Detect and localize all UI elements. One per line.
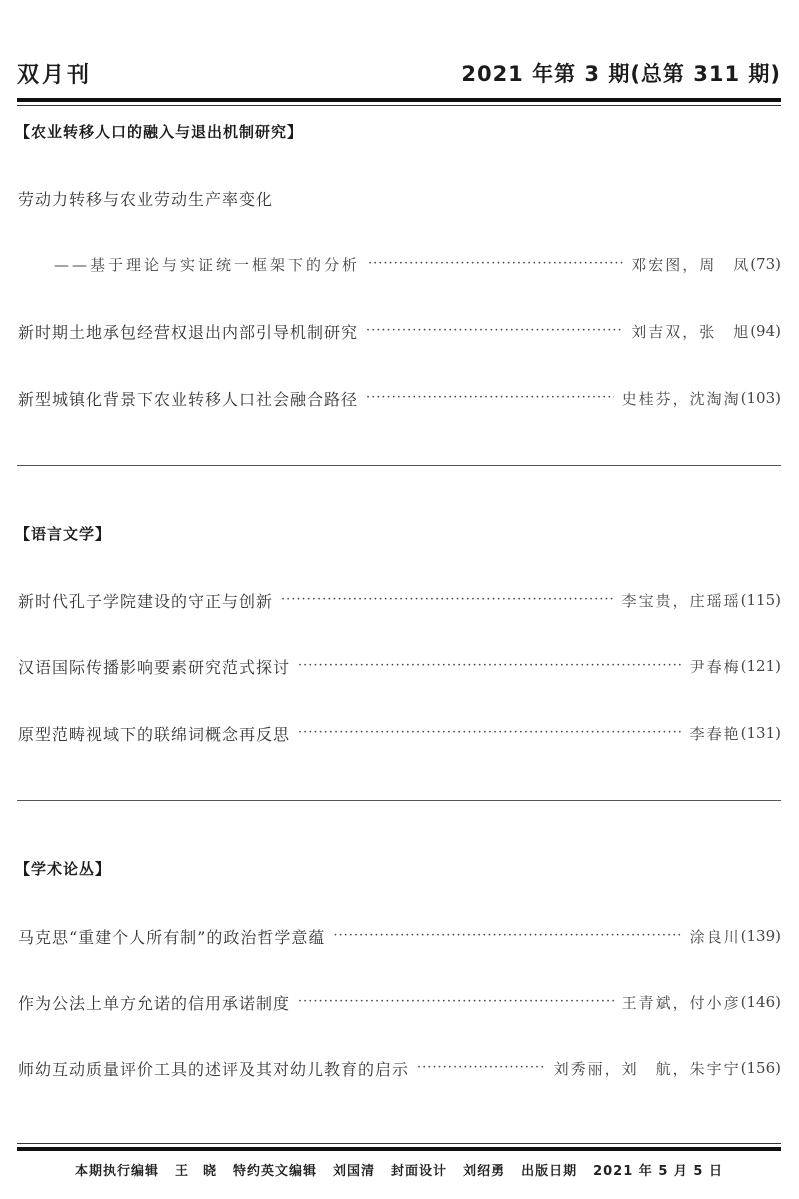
executive-editor-label: 本期执行编辑 bbox=[75, 1160, 159, 1179]
article-title[interactable]: 原型范畴视域下的联绵词概念再反思 bbox=[18, 722, 290, 745]
article-authors: 李宝贵，庄瑶瑶 bbox=[622, 590, 741, 611]
leader-dots bbox=[298, 990, 614, 1014]
article-title[interactable]: 新型城镇化背景下农业转移人口社会融合路径 bbox=[18, 387, 358, 410]
toc-entry[interactable]: 新时代孔子学院建设的守正与创新 李宝贵，庄瑶瑶 (115) bbox=[18, 588, 781, 612]
article-page[interactable]: (121) bbox=[741, 657, 781, 675]
section-divider bbox=[17, 800, 781, 801]
leader-dots bbox=[298, 654, 682, 678]
article-title[interactable]: 汉语国际传播影响要素研究范式探讨 bbox=[18, 655, 290, 678]
periodicity-label: 双月刊 bbox=[17, 58, 92, 89]
section-title-agriculture: 【农业转移人口的融入与退出机制研究】 bbox=[15, 121, 303, 142]
article-page[interactable]: (146) bbox=[741, 993, 781, 1011]
toc-entry[interactable]: 新型城镇化背景下农业转移人口社会融合路径 史桂芬，沈淘淘 (103) bbox=[18, 386, 781, 410]
toc-entry[interactable]: 汉语国际传播影响要素研究范式探讨 尹春梅 (121) bbox=[18, 654, 781, 678]
toc-entry[interactable]: 师幼互动质量评价工具的述评及其对幼儿教育的启示 刘秀丽，刘 航，朱宇宁 (156… bbox=[18, 1056, 781, 1080]
english-editor-name: 刘国清 bbox=[333, 1160, 375, 1179]
article-authors: 李春艳 bbox=[690, 723, 741, 744]
leader-dots bbox=[417, 1056, 546, 1080]
article-title[interactable]: 作为公法上单方允诺的信用承诺制度 bbox=[18, 991, 290, 1014]
toc-entry-subtitle[interactable]: ——基于理论与实证统一框架下的分析 邓宏图，周 凤 (73) bbox=[18, 252, 781, 276]
article-authors: 尹春梅 bbox=[690, 656, 741, 677]
toc-entry[interactable]: 马克思“重建个人所有制”的政治哲学意蕴 涂良川 (139) bbox=[18, 924, 781, 948]
article-page[interactable]: (156) bbox=[741, 1059, 781, 1077]
article-title[interactable]: 劳动力转移与农业劳动生产率变化 bbox=[18, 187, 273, 210]
section-divider bbox=[17, 465, 781, 466]
article-page[interactable]: (131) bbox=[741, 724, 781, 742]
executive-editor-name: 王 晓 bbox=[175, 1160, 217, 1179]
article-page[interactable]: (73) bbox=[750, 255, 781, 273]
english-editor-label: 特约英文编辑 bbox=[233, 1160, 317, 1179]
footer-rule-thin bbox=[17, 1143, 781, 1144]
toc-entry[interactable]: 作为公法上单方允诺的信用承诺制度 王青斌，付小彦 (146) bbox=[18, 990, 781, 1014]
leader-dots bbox=[333, 924, 681, 948]
article-page[interactable]: (103) bbox=[741, 389, 781, 407]
leader-dots bbox=[366, 386, 614, 410]
article-authors: 涂良川 bbox=[690, 926, 741, 947]
header-rule-thick bbox=[17, 98, 781, 102]
article-authors: 史桂芬，沈淘淘 bbox=[622, 388, 741, 409]
article-title[interactable]: 马克思“重建个人所有制”的政治哲学意蕴 bbox=[18, 925, 325, 948]
article-title[interactable]: 新时代孔子学院建设的守正与创新 bbox=[18, 589, 273, 612]
article-authors: 王青斌，付小彦 bbox=[622, 992, 741, 1013]
article-authors: 刘秀丽，刘 航，朱宇宁 bbox=[554, 1058, 741, 1079]
issue-number: 2021 年第 3 期(总第 311 期) bbox=[461, 58, 781, 88]
article-page[interactable]: (115) bbox=[741, 591, 781, 609]
cover-designer-name: 刘绍勇 bbox=[463, 1160, 505, 1179]
leader-dots bbox=[281, 588, 614, 612]
publish-date-label: 出版日期 bbox=[521, 1160, 577, 1179]
footer-rule-thick bbox=[17, 1147, 781, 1151]
header-rule-thin bbox=[17, 105, 781, 106]
article-page[interactable]: (139) bbox=[741, 927, 781, 945]
article-page[interactable]: (94) bbox=[750, 322, 781, 340]
editorial-credits: 本期执行编辑 王 晓 特约英文编辑 刘国清 封面设计 刘绍勇 出版日期 2021… bbox=[17, 1158, 781, 1180]
toc-entry[interactable]: 新时期土地承包经营权退出内部引导机制研究 刘吉双，张 旭 (94) bbox=[18, 319, 781, 343]
leader-dots bbox=[368, 252, 623, 276]
cover-design-label: 封面设计 bbox=[391, 1160, 447, 1179]
toc-entry[interactable]: 劳动力转移与农业劳动生产率变化 bbox=[18, 186, 781, 210]
publish-date: 2021 年 5 月 5 日 bbox=[593, 1160, 723, 1179]
journal-header: 双月刊 2021 年第 3 期(总第 311 期) bbox=[17, 56, 781, 96]
article-title[interactable]: 师幼互动质量评价工具的述评及其对幼儿教育的启示 bbox=[18, 1057, 409, 1080]
leader-dots bbox=[366, 319, 623, 343]
leader-dots bbox=[298, 721, 682, 745]
article-subtitle[interactable]: ——基于理论与实证统一框架下的分析 bbox=[18, 254, 360, 275]
article-authors: 刘吉双，张 旭 bbox=[631, 321, 750, 342]
article-authors: 邓宏图，周 凤 bbox=[631, 254, 750, 275]
toc-entry[interactable]: 原型范畴视域下的联绵词概念再反思 李春艳 (131) bbox=[18, 721, 781, 745]
article-title[interactable]: 新时期土地承包经营权退出内部引导机制研究 bbox=[18, 320, 358, 343]
section-title-academic-forum: 【学术论丛】 bbox=[15, 858, 111, 879]
section-title-language-literature: 【语言文学】 bbox=[15, 523, 111, 544]
